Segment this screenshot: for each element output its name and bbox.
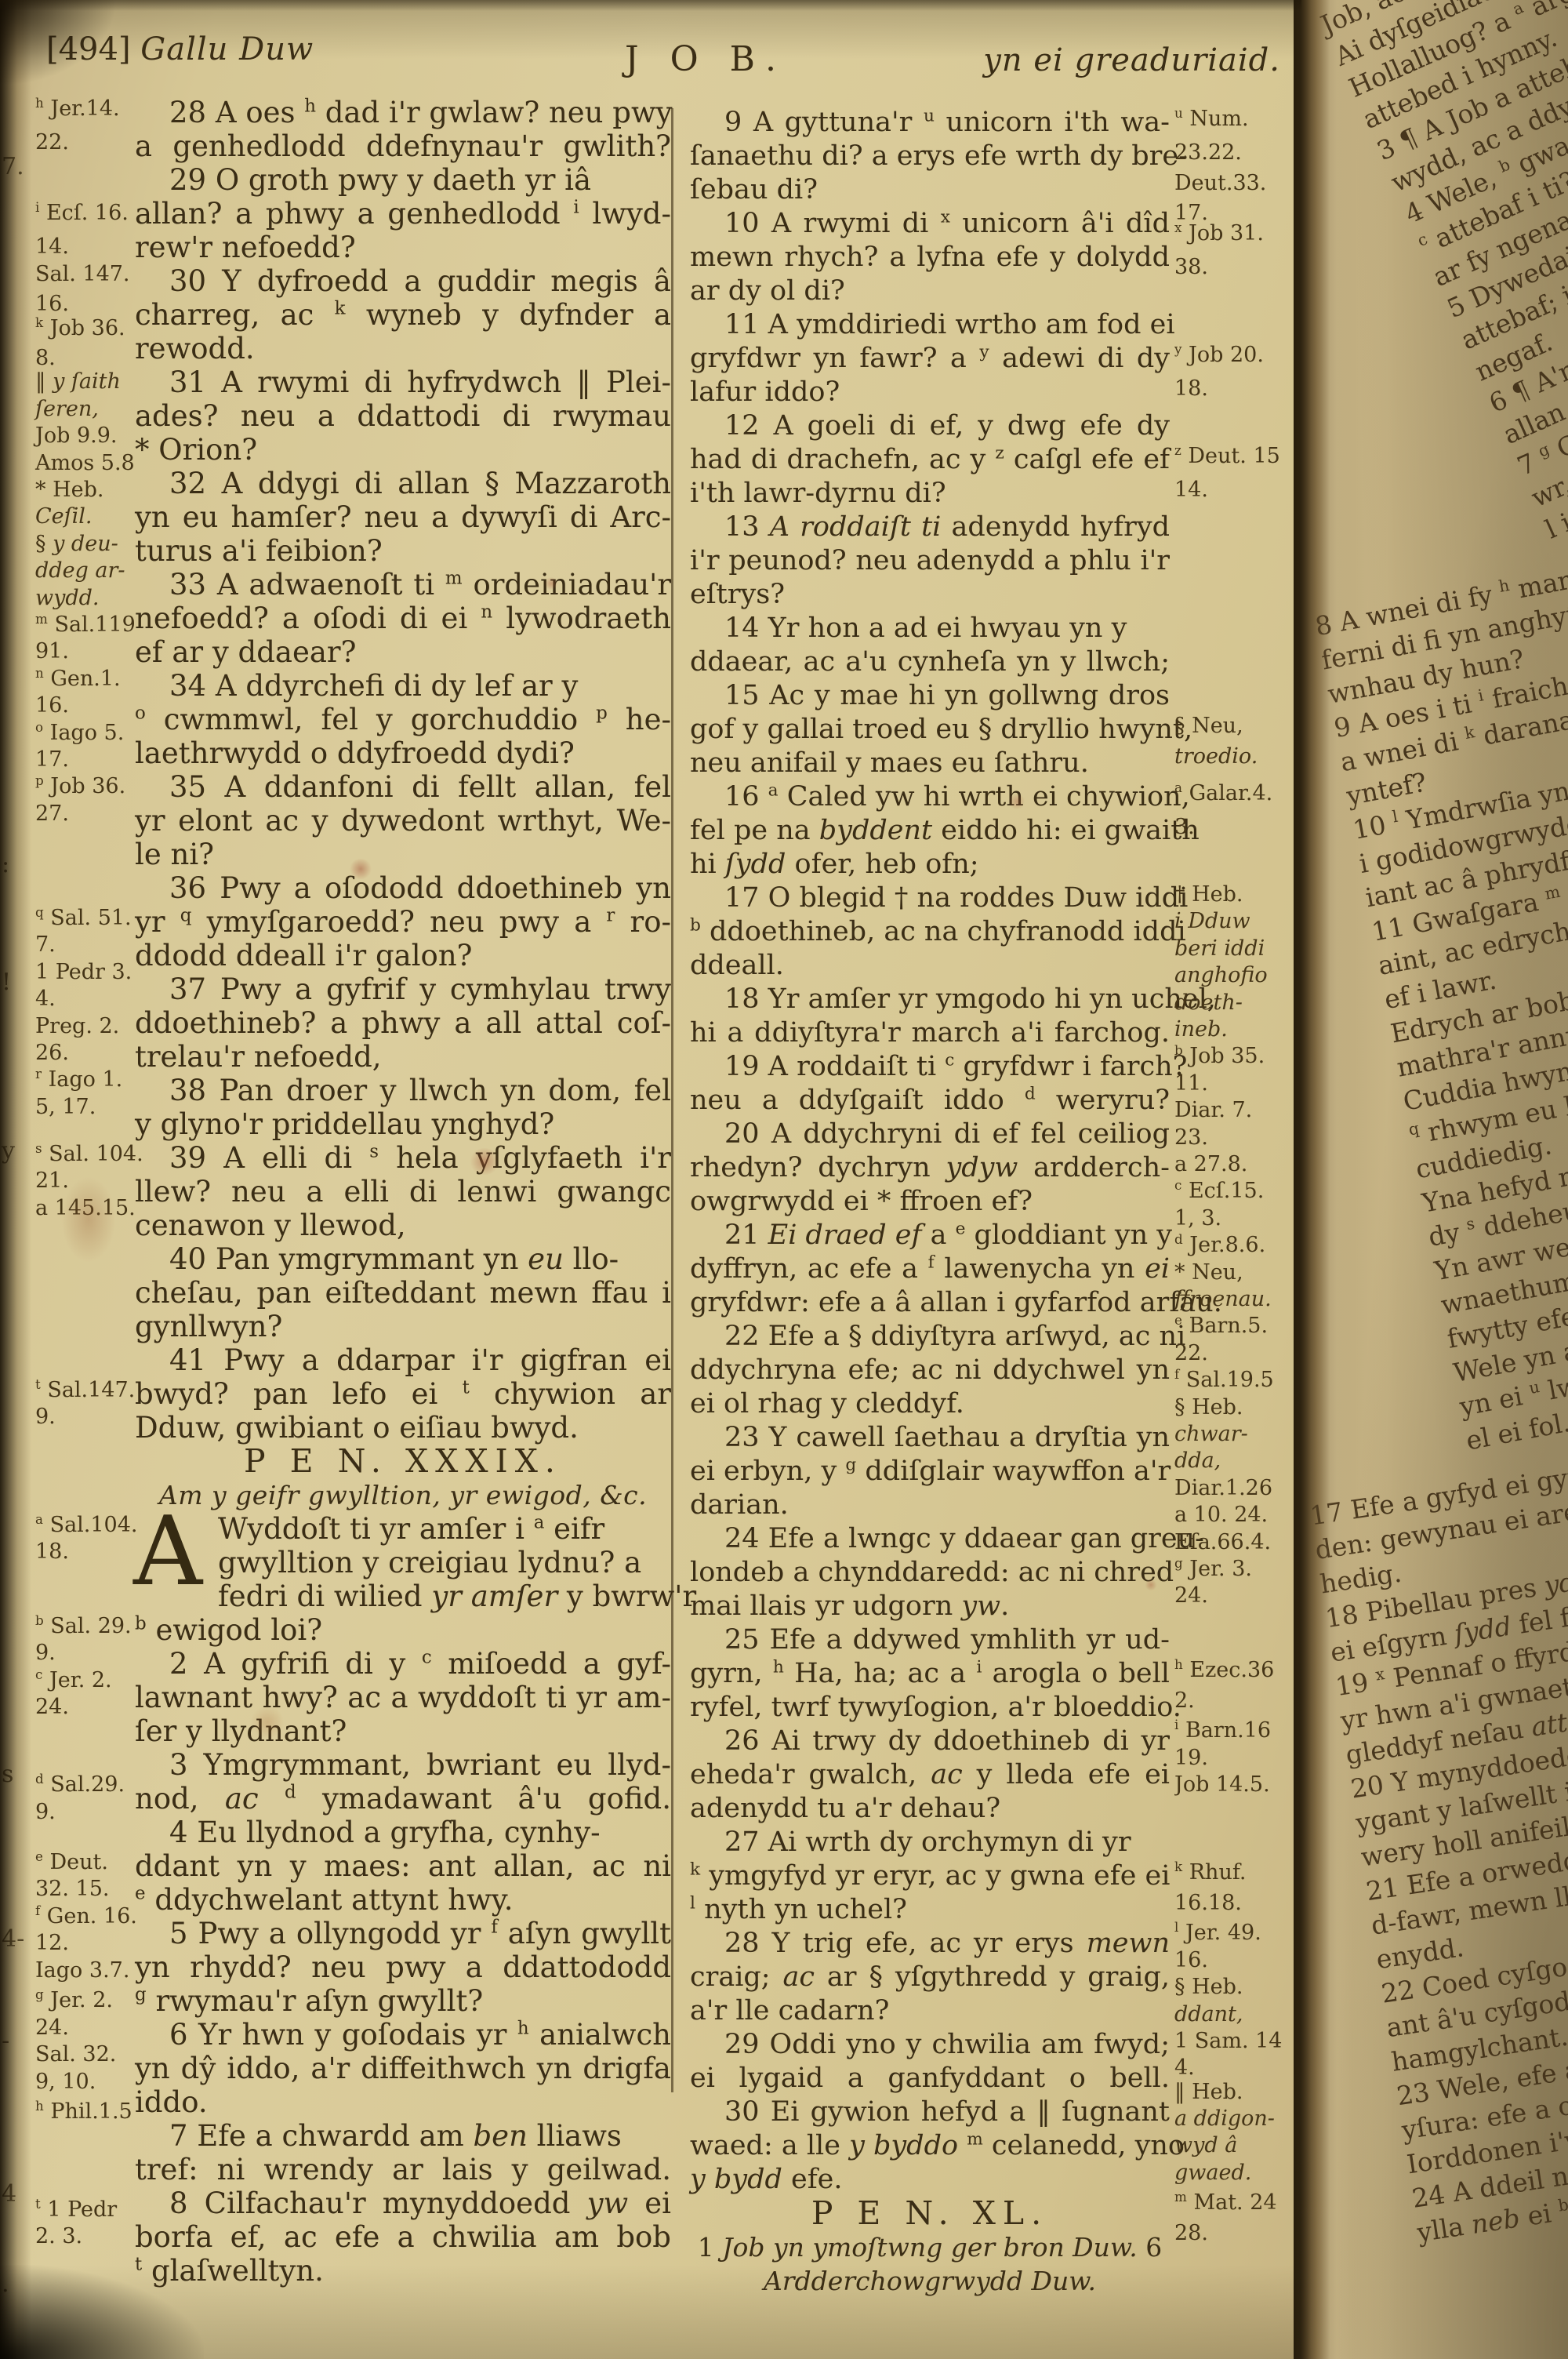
left-margin-notes: h Jer.14.22.i Ecſ. 16.14.Sal. 147.16.k J… xyxy=(35,96,133,2307)
margin-note: f Gen. 16. xyxy=(35,1903,133,1930)
text-line: 7 Efe a chwardd am ben lliaws xyxy=(135,2119,671,2153)
margin-note: 16.18. xyxy=(1174,1890,1294,1917)
margin-note: 24. xyxy=(1174,1583,1294,1609)
text-line: Am y geifr gwylltion, yr ewigod, &c. xyxy=(135,1478,671,1512)
text-line: dyffryn, ac efe a f lawenycha yn ei xyxy=(690,1252,1170,1286)
margin-note: Iago 3.7. xyxy=(35,1957,133,1984)
margin-note: 2. 3. xyxy=(35,2223,133,2250)
margin-note: n Gen.1. xyxy=(35,666,133,692)
margin-note: 9. xyxy=(35,1640,133,1667)
margin-note: h Ezec.36 xyxy=(1174,1657,1294,1684)
text-line: a genhedlodd ddefnynau'r gwlith? xyxy=(135,129,671,163)
text-line: 23 Y cawell ſaethau a dryſtia yn xyxy=(690,1421,1170,1455)
text-line: neu anifail y maes eu ſathru. xyxy=(690,747,1170,780)
text-line: ſer y llydnant? xyxy=(135,1714,671,1748)
margin-note: 1 Pedr 3. xyxy=(35,959,133,986)
text-line: b ewigod loi? xyxy=(135,1613,671,1647)
text-line: 9 A gyttuna'r u unicorn i'th wa- xyxy=(690,106,1170,140)
margin-note: Diar.1.26 xyxy=(1174,1475,1294,1502)
text-line: 28 Y trig efe, ac yr erys mewn xyxy=(690,1927,1170,1961)
page-corner-shadow-bottom-left xyxy=(0,2265,204,2359)
margin-note: 18. xyxy=(1174,376,1294,402)
text-line: k ymgyfyd yr eryr, ac y gwna efe ei xyxy=(690,1859,1170,1893)
text-line: e ddychwelant attynt hwy. xyxy=(135,1883,671,1917)
text-line: ddeall. xyxy=(690,949,1170,983)
margin-note: 21. xyxy=(35,1168,133,1194)
margin-note: Amos 5.8 xyxy=(35,450,133,477)
text-line: nod, ac d ymadawant â'u gofid. xyxy=(135,1782,671,1816)
text-line: gyrn, h Ha, ha; ac a i arogla o bell xyxy=(690,1657,1170,1691)
text-line: t glaſwelltyn. xyxy=(135,2254,671,2288)
margin-note: 14. xyxy=(1174,477,1294,503)
margin-note: Deut.33. xyxy=(1174,170,1294,197)
margin-note: l Jer. 49. xyxy=(1174,1920,1294,1946)
margin-note: 4. xyxy=(1174,2055,1294,2081)
text-line: 31 A rwymi di hyfrydwch ‖ Plei- xyxy=(135,365,671,399)
text-line: waed: a lle y byddo m celanedd, yno xyxy=(690,2129,1170,2163)
text-line: tref: ni wrendy ar lais y geilwad. xyxy=(135,2153,671,2186)
margin-note: 16. xyxy=(35,692,133,719)
text-line: 1 Job yn ymoſtwng ger bron Duw. 6 xyxy=(690,2230,1170,2264)
text-line: b ddoethineb, ac na chyfranodd iddi xyxy=(690,915,1170,949)
running-title-right: yn ei greaduriaid. xyxy=(983,42,1280,78)
margin-note: a ddigon- xyxy=(1174,2106,1294,2132)
margin-note: 27. xyxy=(35,801,133,827)
next-page-text-block: Job, ac a dAi dyſgeidiaeth yw yHollalluo… xyxy=(1316,0,1568,547)
right-column-text: 9 A gyttuna'r u unicorn i'th wa-ſanaethu… xyxy=(690,106,1170,2302)
right-margin-notes: u Num.23.22.Deut.33.17.x Job 31.38.y Job… xyxy=(1174,106,1294,2302)
margin-note: 26. xyxy=(35,1040,133,1067)
text-line: fedri di wilied yr amſer y bwrw'r xyxy=(135,1579,671,1613)
margin-note: Diar. 7. xyxy=(1174,1097,1294,1124)
margin-note: 1, 3. xyxy=(1174,1205,1294,1232)
margin-note: 8. xyxy=(35,345,133,372)
text-line: 17 O blegid † na roddes Duw iddi xyxy=(690,881,1170,915)
text-line: 18 Yr amſer yr ymgodo hi yn uchel, xyxy=(690,983,1170,1016)
text-line: ef ar y ddaear? xyxy=(135,635,671,669)
text-line: mewn rhych? a lyfna efe y dolydd xyxy=(690,241,1170,274)
margin-note: g Jer. 3. xyxy=(1174,1556,1294,1583)
column-divider-rule xyxy=(671,108,673,2092)
margin-note: 3. xyxy=(1174,814,1294,841)
text-line: 22 Efe a § ddiyſtyra arſwyd, ac ni xyxy=(690,1320,1170,1354)
margin-note: x Job 31. xyxy=(1174,220,1294,247)
text-line: 19 A roddaiſt ti c gryfdwr i farch? xyxy=(690,1050,1170,1084)
margin-note: Sal. 147. xyxy=(35,261,133,288)
margin-note: doeth- xyxy=(1174,990,1294,1016)
text-line: nefoedd? a oſodi di ei n lywodraeth xyxy=(135,602,671,635)
text-line: borfa ef, ac efe a chwilia am bob xyxy=(135,2220,671,2254)
next-page-text-block: 8 A wnei di fy h marn i fyferni di fi yn… xyxy=(1312,536,1568,1458)
text-line: 28 A oes h dad i'r gwlaw? neu pwy xyxy=(135,96,671,129)
page-corner-shadow-top-left xyxy=(0,0,118,86)
text-line: darian. xyxy=(690,1488,1170,1522)
text-line: had di drachefn, ac y z caſgl efe ef xyxy=(690,443,1170,477)
text-line: neu a ddyſgaiſt iddo d weryru? xyxy=(690,1084,1170,1118)
text-line: a'r lle cadarn? xyxy=(690,1994,1170,2028)
margin-note: h Phil.1.5 xyxy=(35,2099,133,2125)
text-line: P E N. XL. xyxy=(690,2197,1170,2230)
margin-note: ddant, xyxy=(1174,2001,1294,2028)
margin-note: 14. xyxy=(35,234,133,260)
margin-note: c Ecſ.15. xyxy=(1174,1178,1294,1205)
text-line: * Orion? xyxy=(135,433,671,467)
margin-note: 32. 15. xyxy=(35,1876,133,1903)
text-line: ſebau di? xyxy=(690,173,1170,207)
margin-note: ‖ y ſaith xyxy=(35,369,133,395)
text-line: 14 Yr hon a ad ei hwyau yn y xyxy=(690,612,1170,645)
margin-note: † Heb. xyxy=(1174,881,1294,908)
text-line: yr q ymyſgaroedd? neu pwy a r ro- xyxy=(135,905,671,939)
margin-note: Preg. 2. xyxy=(35,1013,133,1040)
margin-note: 16. xyxy=(1174,1947,1294,1974)
text-line: g rwymau'r aſyn gwyllt? xyxy=(135,1984,671,2018)
text-line: 38 Pan droer y llwch yn dom, fel xyxy=(135,1074,671,1107)
text-line: gof y gallai troed eu § dryllio hwynt, xyxy=(690,713,1170,747)
text-line: eſtrys? xyxy=(690,578,1170,612)
margin-note: 7. xyxy=(35,932,133,958)
text-line: 26 Ai trwy dy ddoethineb di yr xyxy=(690,1725,1170,1758)
text-line: ei lygaid a ganfyddant o bell. xyxy=(690,2062,1170,2095)
text-line: i'r peunod? neu adenydd a phlu i'r xyxy=(690,544,1170,578)
text-line: fel pe na byddent eiddo hi: ei gwaith xyxy=(690,814,1170,848)
margin-note: k Job 36. xyxy=(35,315,133,342)
margin-note: 23.22. xyxy=(1174,140,1294,166)
text-line: 32 A ddygi di allan § Mazzaroth xyxy=(135,467,671,500)
text-line: 6 Yr hwn y goſodais yr h anialwch xyxy=(135,2018,671,2052)
text-line: 34 A ddyrchefi di dy lef ar y xyxy=(135,669,671,703)
margin-note: 28. xyxy=(1174,2220,1294,2247)
text-line: cenawon y llewod, xyxy=(135,1209,671,1242)
margin-note: 24. xyxy=(35,2015,133,2041)
text-line: rhedyn? dychryn ydyw ardderch- xyxy=(690,1151,1170,1185)
margin-note: 11. xyxy=(1174,1070,1294,1097)
margin-note: * Neu, xyxy=(1174,1259,1294,1286)
text-line: 8 Cilfachau'r mynyddoedd yw ei xyxy=(135,2186,671,2220)
margin-note: q Sal. 51. xyxy=(35,905,133,932)
margin-note: ddeg ar- xyxy=(35,558,133,584)
next-page-text-block: 17 Efe a gyfyd ei gynffon fel cden: gewy… xyxy=(1308,1439,1568,2250)
margin-note: t 1 Pedr xyxy=(35,2197,133,2223)
book-title: J O B. xyxy=(625,39,786,79)
margin-note: 16. xyxy=(35,291,133,318)
text-line: yn eu hamſer? neu a dywyſi di Arc- xyxy=(135,500,671,534)
margin-note: § Heb. xyxy=(1174,1394,1294,1421)
margin-note: Ceſil. xyxy=(35,503,133,530)
margin-note: 91. xyxy=(35,638,133,665)
text-line: rew'r nefoedd? xyxy=(135,231,671,264)
text-line: 27 Ai wrth dy orchymyn di yr xyxy=(690,1826,1170,1859)
text-line: hi a ddiyſtyra'r march a'i farchog. xyxy=(690,1016,1170,1050)
margin-note: * Heb. xyxy=(35,477,133,503)
margin-note: Sal. 32. xyxy=(35,2041,133,2068)
margin-note: Job 14.5. xyxy=(1174,1772,1294,1798)
margin-note: a 27.8. xyxy=(1174,1151,1294,1178)
text-line: bwyd? pan lefo ei t chywion ar xyxy=(135,1377,671,1411)
text-line: 20 A ddychryni di ef fel ceiliog xyxy=(690,1118,1170,1151)
text-line: ddant yn y maes: ant allan, ac ni xyxy=(135,1849,671,1883)
margin-note: a Galar.4. xyxy=(1174,780,1294,807)
text-line: iddo. xyxy=(135,2085,671,2119)
text-line: ei ol rhag y cleddyf. xyxy=(690,1387,1170,1421)
text-line: 37 Pwy a gyfrif y cymhylau trwy xyxy=(135,972,671,1006)
text-line: o cwmmwl, fel y gorchuddio p he- xyxy=(135,703,671,736)
text-line: trelau'r nefoedd, xyxy=(135,1040,671,1074)
margin-note: 22. xyxy=(35,129,133,156)
margin-note: b Sal. 29. xyxy=(35,1613,133,1640)
margin-note: u Num. xyxy=(1174,106,1294,133)
margin-note: chwar- xyxy=(1174,1421,1294,1448)
margin-note: wyd â xyxy=(1174,2132,1294,2159)
text-line: 21 Ei draed ef a e gloddiant yn y xyxy=(690,1219,1170,1252)
text-line: 12 A goeli di ef, y dwg efe dy xyxy=(690,409,1170,443)
margin-note: ffroenau. xyxy=(1174,1286,1294,1313)
text-line: ddodd ddeall i'r galon? xyxy=(135,939,671,972)
left-column-text: A 28 A oes h dad i'r gwlaw? neu pwya gen… xyxy=(135,96,671,2315)
margin-note: m Mat. 24 xyxy=(1174,2190,1294,2216)
margin-note: wydd. xyxy=(35,585,133,612)
text-line: ryfel, twrf tywyſogion, a'r bloeddio. xyxy=(690,1691,1170,1725)
text-line: 10 A rwymi di x unicorn â'i dîd xyxy=(690,207,1170,241)
margin-note: 4. xyxy=(35,986,133,1012)
text-line: 35 A ddanfoni di fellt allan, fel xyxy=(135,770,671,804)
text-line: 40 Pan ymgrymmant yn eu llo- xyxy=(135,1242,671,1276)
margin-note: 18. xyxy=(35,1539,133,1565)
margin-note: d Jer.8.6. xyxy=(1174,1232,1294,1259)
margin-note: e Barn.5. xyxy=(1174,1313,1294,1339)
margin-note: i Barn.16 xyxy=(1174,1717,1294,1744)
text-line: 13 A roddaiſt ti adenydd hyfryd xyxy=(690,511,1170,544)
text-line: ddoethineb? a phwy a all attal coſ- xyxy=(135,1006,671,1040)
text-line: yn dŷ iddo, a'r diffeithwch yn drigfa xyxy=(135,2052,671,2085)
margin-note: 2. xyxy=(1174,1688,1294,1714)
text-line: 3 Ymgrymmant, bwriant eu llyd- xyxy=(135,1748,671,1782)
text-line: adenydd tu a'r dehau? xyxy=(690,1792,1170,1826)
margin-note: beri iddi xyxy=(1174,936,1294,962)
text-line: craig; ac ar § yſgythredd y graig, xyxy=(690,1961,1170,1994)
text-line: lawnant hwy? ac a wyddoſt ti yr am- xyxy=(135,1681,671,1714)
margin-note: i Dduw xyxy=(1174,908,1294,935)
margin-note: i Ecſ. 16. xyxy=(35,200,133,227)
text-line: gynllwyn? xyxy=(135,1310,671,1343)
text-line: Dduw, gwibiant o eiſiau bwyd. xyxy=(135,1411,671,1445)
text-line: Wyddoſt ti yr amſer i a eifr xyxy=(135,1512,671,1546)
margin-note: 38. xyxy=(1174,254,1294,281)
margin-note: a 145.15. xyxy=(35,1195,133,1222)
margin-note: Eſa.66.4. xyxy=(1174,1529,1294,1556)
margin-note: 24. xyxy=(35,1694,133,1721)
margin-note: anghofio xyxy=(1174,962,1294,989)
text-line: le ni? xyxy=(135,838,671,871)
margin-note: d Sal.29. xyxy=(35,1772,133,1798)
margin-note: 22. xyxy=(1174,1340,1294,1367)
text-line: 2 A gyfrifi di y c miſoedd a gyf- xyxy=(135,1647,671,1681)
margin-note: ineb. xyxy=(1174,1016,1294,1043)
text-line: ar dy ol di? xyxy=(690,274,1170,308)
text-line: eheda'r gwalch, ac y lleda efe ei xyxy=(690,1758,1170,1792)
margin-note: § Heb. xyxy=(1174,1974,1294,2001)
text-line: 30 Y dyfroedd a guddir megis â xyxy=(135,264,671,298)
text-line: owgrwydd ei * ffroen ef? xyxy=(690,1185,1170,1219)
text-line: cheſau, pan eiſteddant mewn ffau i xyxy=(135,1276,671,1310)
margin-note: b Job 35. xyxy=(1174,1043,1294,1070)
text-line: londeb a chynddaredd: ac ni chred xyxy=(690,1556,1170,1590)
next-page-edge: Job, ac a dAi dyſgeidiaeth yw yHollalluo… xyxy=(1294,0,1568,2359)
text-line: turus a'i feibion? xyxy=(135,534,671,568)
text-line: gryfdwr: efe a â allan i gyfarfod arfau. xyxy=(690,1286,1170,1320)
text-line: 41 Pwy a ddarpar i'r gigfran ei xyxy=(135,1343,671,1377)
text-line: ddychryna efe; ac ni ddychwel yn xyxy=(690,1354,1170,1387)
page-top-edge-shadow xyxy=(0,0,1301,11)
margin-note: § Neu, xyxy=(1174,713,1294,740)
text-line: l nyth yn uchel? xyxy=(690,1893,1170,1927)
text-line: ddaear, ac a'u cynheſa yn y llwch; xyxy=(690,645,1170,679)
margin-note: troedio. xyxy=(1174,743,1294,770)
margin-note: Job 9.9. xyxy=(35,423,133,449)
drop-cap: A xyxy=(133,1503,202,1599)
margin-note: 5, 17. xyxy=(35,1094,133,1121)
text-line: laethrwydd o ddyfroedd dydi? xyxy=(135,736,671,770)
margin-note: a Sal.104. xyxy=(35,1512,133,1539)
text-line: Ardderchowgrwydd Duw. xyxy=(690,2264,1170,2298)
text-line: 15 Ac y mae hi yn gollwng dros xyxy=(690,679,1170,713)
text-line: mai llais yr udgorn yw. xyxy=(690,1590,1170,1623)
margin-note: ‖ Heb. xyxy=(1174,2079,1294,2106)
text-line: 5 Pwy a ollyngodd yr f aſyn gwyllt xyxy=(135,1917,671,1950)
margin-note: o Iago 5. xyxy=(35,720,133,747)
text-line: yr elont ac y dywedont wrthyt, We- xyxy=(135,804,671,838)
margin-note: 9, 10. xyxy=(35,2069,133,2095)
text-line: 25 Efe a ddywed ymhlith yr ud- xyxy=(690,1623,1170,1657)
text-line: 29 O groth pwy y daeth yr iâ xyxy=(135,163,671,197)
text-line: 30 Ei gywion hefyd a ‖ ſugnant xyxy=(690,2095,1170,2129)
text-line: 11 A ymddiriedi wrtho am fod ei xyxy=(690,308,1170,342)
text-line: 16 a Caled yw hi wrth ei chywion, xyxy=(690,780,1170,814)
text-line: llew? neu a elli di lenwi gwangc xyxy=(135,1175,671,1209)
text-line: ſanaethu di? a erys efe wrth dy bre- xyxy=(690,140,1170,173)
margin-note: 9. xyxy=(35,1799,133,1826)
margin-note: 12. xyxy=(35,1930,133,1957)
margin-note: 9. xyxy=(35,1404,133,1430)
text-line: allan? a phwy a genhedlodd i lwyd- xyxy=(135,197,671,231)
text-line: ei erbyn, y g ddiſglair waywffon a'r xyxy=(690,1455,1170,1488)
margin-note: 17. xyxy=(35,747,133,773)
margin-note: c Jer. 2. xyxy=(35,1667,133,1694)
margin-note: m Sal.119 xyxy=(35,612,133,638)
text-line: lafur iddo? xyxy=(690,376,1170,409)
text-line: rewodd. xyxy=(135,332,671,365)
margin-note: 19. xyxy=(1174,1745,1294,1772)
text-line: gryfdwr yn fawr? a y adewi di dy xyxy=(690,342,1170,376)
margin-note: 1 Sam. 14 xyxy=(1174,2028,1294,2055)
margin-note: e Deut. xyxy=(35,1849,133,1876)
text-line: hi ſydd ofer, heb ofn; xyxy=(690,848,1170,881)
margin-note: gwaed. xyxy=(1174,2160,1294,2186)
text-line: y glyno'r priddellau ynghyd? xyxy=(135,1107,671,1141)
margin-note: dda, xyxy=(1174,1448,1294,1474)
text-line: 29 Oddi yno y chwilia am fwyd; xyxy=(690,2028,1170,2062)
margin-note: g Jer. 2. xyxy=(35,1987,133,2014)
margin-note: § y deu- xyxy=(35,531,133,558)
text-line: 33 A adwaenoſt ti m ordeiniadau'r xyxy=(135,568,671,602)
text-line: P E N. XXXIX. xyxy=(135,1445,671,1478)
text-line: y bydd efe. xyxy=(690,2163,1170,2197)
margin-note: s Sal. 104. xyxy=(35,1141,133,1168)
margin-note: f Sal.19.5 xyxy=(1174,1367,1294,1394)
margin-note: a 10. 24. xyxy=(1174,1502,1294,1528)
scanned-book-page: [494] Gallu Duw J O B. yn ei greaduriaid… xyxy=(0,0,1568,2359)
margin-note: h Jer.14. xyxy=(35,96,133,122)
text-line: i'th lawr-dyrnu di? xyxy=(690,477,1170,511)
text-line: 36 Pwy a oſododd ddoethineb yn xyxy=(135,871,671,905)
margin-note: 23. xyxy=(1174,1125,1294,1151)
margin-note: z Deut. 15 xyxy=(1174,443,1294,470)
margin-note: ſeren, xyxy=(35,396,133,423)
text-line: yn rhydd? neu pwy a ddattododd xyxy=(135,1950,671,1984)
margin-note: y Job 20. xyxy=(1174,342,1294,369)
margin-note: k Rhuf. xyxy=(1174,1859,1294,1886)
text-line: 24 Efe a lwngc y ddaear gan greu- xyxy=(690,1522,1170,1556)
text-line: charreg, ac k wyneb y dyfnder a xyxy=(135,298,671,332)
text-line: gwylltion y creigiau lydnu? a xyxy=(135,1546,671,1579)
page-left-edge-shadow xyxy=(0,0,31,2359)
margin-note: t Sal.147. xyxy=(35,1377,133,1404)
text-line: ades? neu a ddattodi di rwymau xyxy=(135,399,671,433)
text-line: 4 Eu llydnod a gryfha, cynhy- xyxy=(135,1816,671,1849)
margin-note: p Job 36. xyxy=(35,773,133,800)
text-line: 39 A elli di s hela yſglyfaeth i'r xyxy=(135,1141,671,1175)
margin-note: r Iago 1. xyxy=(35,1067,133,1093)
page-header: [494] Gallu Duw J O B. yn ei greaduriaid… xyxy=(35,31,1290,86)
